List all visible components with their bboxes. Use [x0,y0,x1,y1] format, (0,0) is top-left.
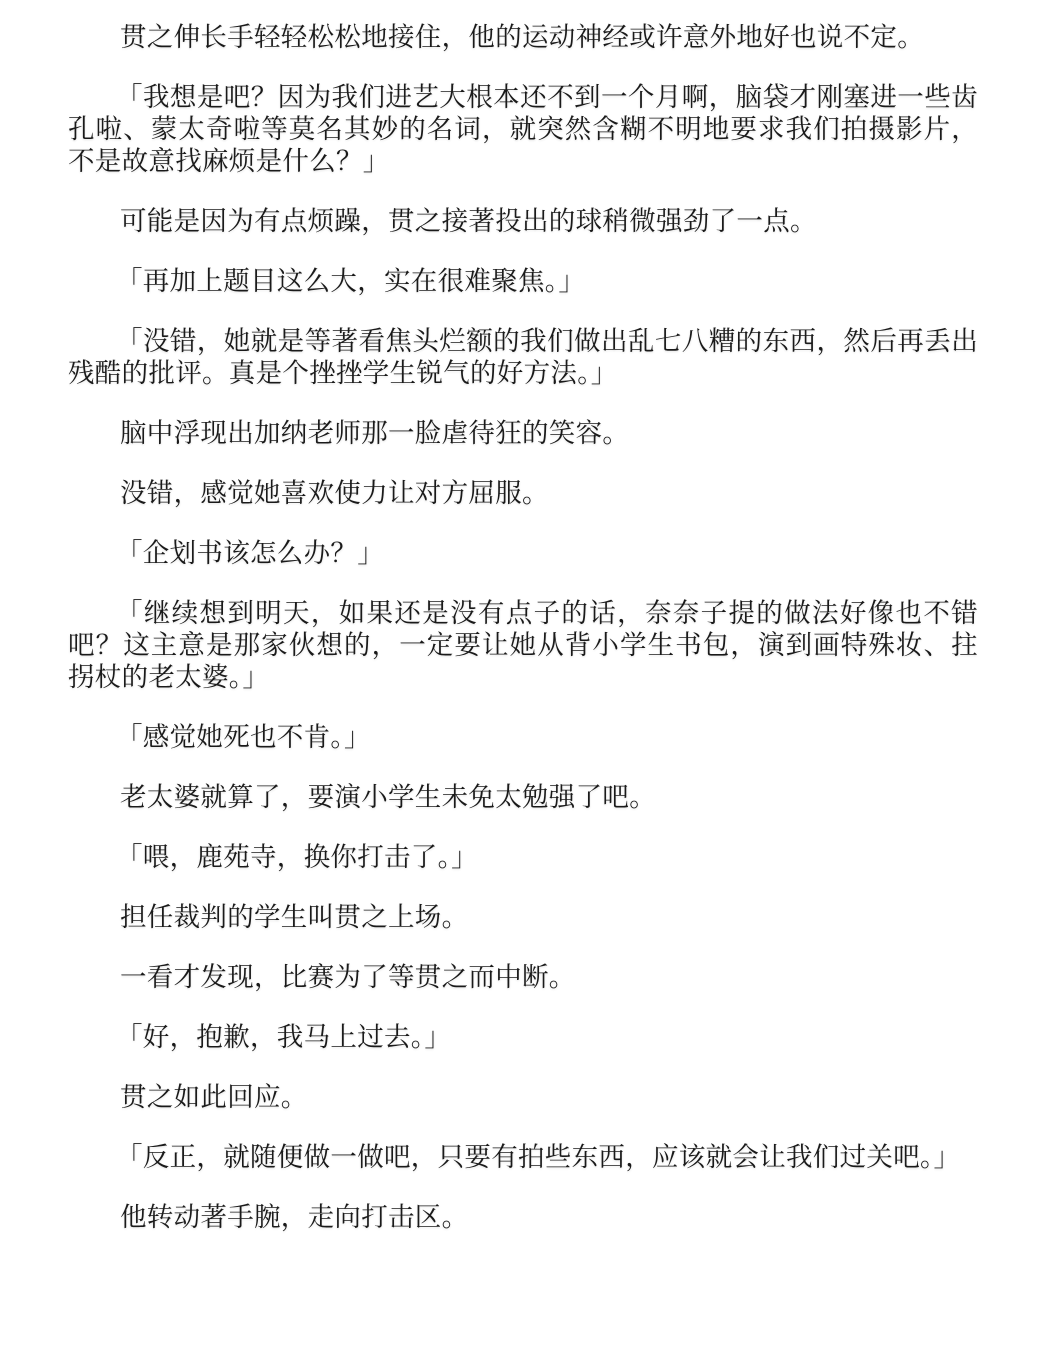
paragraph-narration: 脑中浮现出加纳老师那一脸虐待狂的笑容。 [68,418,978,450]
paragraph-dialogue: 「喂，鹿苑寺，换你打击了。」 [68,842,978,874]
paragraph-dialogue: 「反正，就随便做一做吧，只要有拍些东西，应该就会让我们过关吧。」 [68,1142,978,1174]
paragraph-dialogue: 「好，抱歉，我马上过去。」 [68,1022,978,1054]
paragraph-narration: 没错，感觉她喜欢使力让对方屈服。 [68,478,978,510]
paragraph-narration: 一看才发现，比赛为了等贯之而中断。 [68,962,978,994]
paragraph-narration: 贯之如此回应。 [68,1082,978,1114]
paragraph-dialogue: 「没错，她就是等著看焦头烂额的我们做出乱七八糟的东西，然后再丢出残酷的批评。真是… [68,326,978,390]
document-page: 贯之伸长手轻轻松松地接住，他的运动神经或许意外地好也说不定。 「我想是吧？因为我… [68,22,978,1262]
paragraph-narration: 担任裁判的学生叫贯之上场。 [68,902,978,934]
paragraph-narration: 贯之伸长手轻轻松松地接住，他的运动神经或许意外地好也说不定。 [68,22,978,54]
paragraph-dialogue: 「再加上题目这么大，实在很难聚焦。」 [68,266,978,298]
paragraph-dialogue: 「企划书该怎么办？」 [68,538,978,570]
paragraph-dialogue: 「我想是吧？因为我们进艺大根本还不到一个月啊，脑袋才刚塞进一些齿孔啦、蒙太奇啦等… [68,82,978,178]
paragraph-narration: 可能是因为有点烦躁，贯之接著投出的球稍微强劲了一点。 [68,206,978,238]
paragraph-narration: 他转动著手腕，走向打击区。 [68,1202,978,1234]
paragraph-narration: 老太婆就算了，要演小学生未免太勉强了吧。 [68,782,978,814]
paragraph-dialogue: 「继续想到明天，如果还是没有点子的话，奈奈子提的做法好像也不错吧？这主意是那家伙… [68,598,978,694]
paragraph-dialogue: 「感觉她死也不肯。」 [68,722,978,754]
